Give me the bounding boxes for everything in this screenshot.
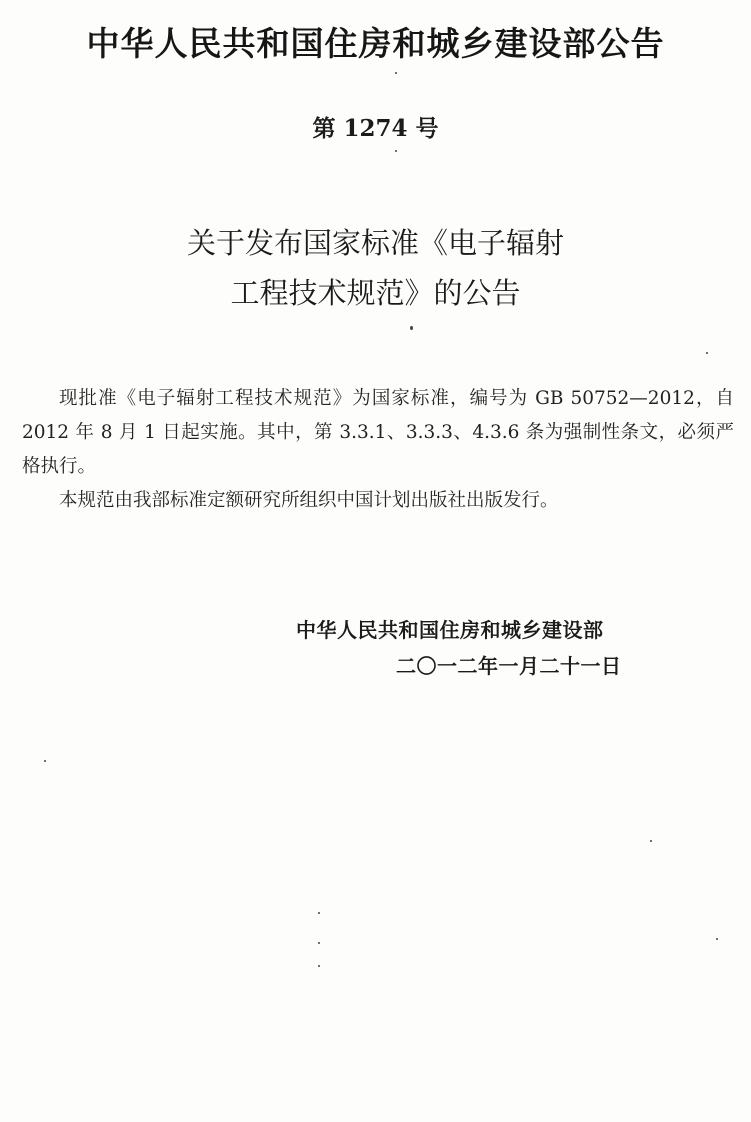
header-title: 中华人民共和国住房和城乡建设部公告 <box>0 18 751 65</box>
scan-speck <box>706 352 708 354</box>
scan-speck <box>650 840 652 842</box>
scan-speck <box>716 938 718 940</box>
scan-speck <box>318 912 320 914</box>
signature-block: 中华人民共和国住房和城乡建设部 二〇一二年一月二十一日 <box>296 612 622 684</box>
document-page: 中华人民共和国住房和城乡建设部公告 第 1274 号 关于发布国家标准《电子辐射… <box>0 0 751 1122</box>
scan-speck <box>410 326 413 330</box>
notice-title-line-1: 关于发布国家标准《电子辐射 <box>0 218 751 268</box>
issue-date: 二〇一二年一月二十一日 <box>296 648 622 684</box>
paragraph-approval: 现批准《电子辐射工程技术规范》为国家标准，编号为 GB 50752—2012，自… <box>22 382 734 484</box>
body-text: 现批准《电子辐射工程技术规范》为国家标准，编号为 GB 50752—2012，自… <box>22 382 734 518</box>
scan-speck <box>44 760 46 762</box>
notice-title: 关于发布国家标准《电子辐射 工程技术规范》的公告 <box>0 218 751 318</box>
notice-title-line-2: 工程技术规范》的公告 <box>0 268 751 318</box>
issuer-name: 中华人民共和国住房和城乡建设部 <box>296 612 622 648</box>
scan-speck <box>318 942 320 944</box>
issue-number: 第 1274 号 <box>0 110 751 143</box>
scan-speck <box>395 150 397 152</box>
scan-speck <box>395 72 397 74</box>
paragraph-publication: 本规范由我部标准定额研究所组织中国计划出版社出版发行。 <box>22 484 734 518</box>
scan-speck <box>318 965 320 967</box>
